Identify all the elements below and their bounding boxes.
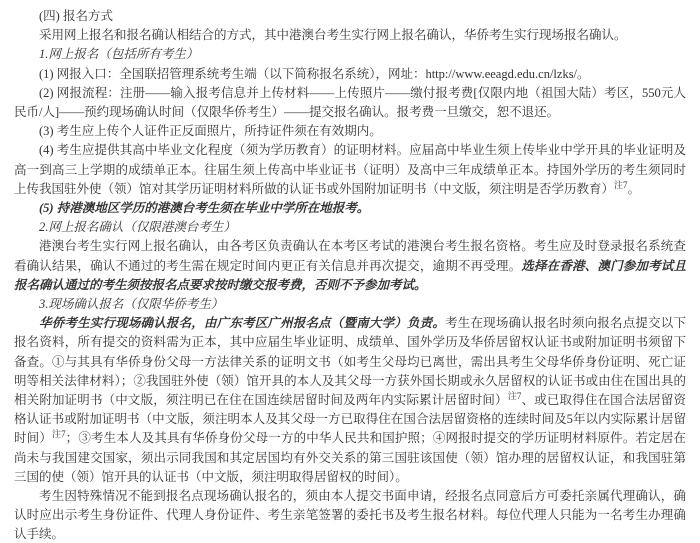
document-page: (四) 报名方式 采用网上报名和报名确认相结合的方式，其中港澳台考生实行网上报名… <box>0 0 700 543</box>
registration-url: http://www.eeagd.edu.cn/lzks/ <box>425 67 577 81</box>
item-4-text: (4) 考生应提供其高中毕业文化程度（须为学历教育）的证明材料。应届高中毕业生须… <box>14 143 686 195</box>
subsection-3-body: 华侨考生实行现场确认报名，由广东考区广州报名点（暨南大学）负责。考生在现场确认报… <box>14 314 686 487</box>
closing-paragraph: 考生因特殊情况不能到报名点现场确认报名的，须由本人提交书面申请，经报名点同意后方… <box>14 487 686 543</box>
footnote-ref-7: 注7 <box>614 180 628 190</box>
item-2: (2) 网报流程：注册——输入报考信息并上传材料——上传照片——缴付报考费[仅限… <box>14 84 686 122</box>
item-1: (1) 网报入口：全国联招管理系统考生端（以下简称报名系统），网址：http:/… <box>14 65 686 84</box>
footnote-ref-7: 注7 <box>52 429 66 439</box>
item-4-suffix: 。 <box>628 182 641 196</box>
subsection-3-title: 3.现场确认报名（仅限华侨考生） <box>14 295 686 314</box>
item-1-suffix: 。 <box>577 67 590 81</box>
subsection-3-lead-bold: 华侨考生实行现场确认报名，由广东考区广州报名点（暨南大学）负责。 <box>39 316 445 330</box>
item-3: (3) 考生应上传个人证件正反面照片，所持证件须在有效期内。 <box>14 122 686 141</box>
item-4: (4) 考生应提供其高中毕业文化程度（须为学历教育）的证明材料。应届高中毕业生须… <box>14 141 686 199</box>
subsection-3-body-3: ；③考生本人及其具有华侨身份父母一方的中华人民共和国护照；④网报时提交的学历证明… <box>14 431 686 483</box>
item-5: (5) 持港澳地区学历的港澳台考生须在毕业中学所在地报考。 <box>14 199 686 218</box>
intro-paragraph: 采用网上报名和报名确认相结合的方式，其中港澳台考生实行网上报名确认，华侨考生实行… <box>14 26 686 45</box>
item-1-text: (1) 网报入口：全国联招管理系统考生端（以下简称报名系统），网址： <box>39 67 425 81</box>
subsection-2-title: 2.网上报名确认（仅限港澳台考生） <box>14 218 686 237</box>
subsection-1-title: 1.网上报名（包括所有考生） <box>14 45 686 64</box>
footnote-ref-7: 注7 <box>508 391 522 401</box>
section-heading: (四) 报名方式 <box>14 7 686 26</box>
subsection-2-body: 港澳台考生实行网上报名确认，由各考区负责确认在本考区考试的港澳台考生报名资格。考… <box>14 237 686 295</box>
